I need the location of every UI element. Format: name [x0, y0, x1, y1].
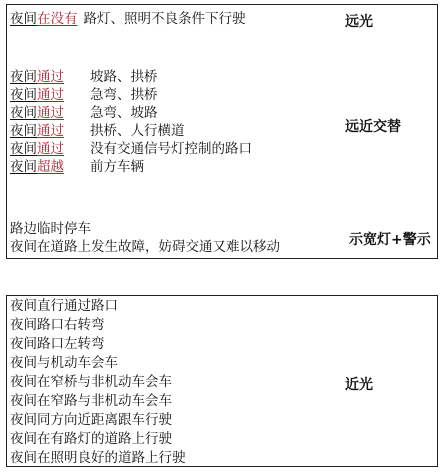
row-prefix: 夜间 [10, 105, 37, 121]
lamp-hazard: 示宽灯+警示 [349, 229, 431, 249]
row-prefix: 夜间 [10, 141, 37, 157]
low-beam-row: 夜间路口右转弯 [10, 316, 105, 334]
hazard-row: 路边临时停车 [10, 220, 91, 238]
hazard-row: 夜间在道路上发生故障，妨碍交通又难以移动 [10, 238, 280, 256]
row-desc: 急弯、拱桥 [90, 86, 158, 104]
row-desc: 急弯、坡路 [90, 104, 158, 122]
low-beam-row: 夜间在照明良好的道路上行驶 [10, 449, 186, 467]
lamp-alternate: 远近交替 [345, 116, 401, 136]
low-beam-row: 夜间与机动车会车 [10, 354, 118, 372]
row-desc: 前方车辆 [90, 158, 144, 176]
row-action: 通过 [37, 69, 64, 85]
alternate-row: 夜间通过急弯、拱桥 [10, 86, 64, 104]
alternate-row: 夜间通过没有交通信号灯控制的路口 [10, 140, 64, 158]
high-beam-row: 夜间在没有路灯、照明不良条件下行驶 [10, 10, 246, 28]
lamp-low-beam: 近光 [345, 374, 373, 394]
low-beam-row: 夜间路口左转弯 [10, 335, 105, 353]
row-prefix: 夜间 [10, 69, 37, 85]
row-prefix: 夜间 [10, 11, 37, 27]
row-action: 通过 [37, 123, 64, 139]
lighting-rules-box-1: 夜间在没有路灯、照明不良条件下行驶 远光 夜间通过坡路、拱桥 夜间通过急弯、拱桥… [6, 4, 438, 259]
row-desc: 路灯、照明不良条件下行驶 [84, 11, 246, 27]
row-action: 在没有 [37, 11, 78, 27]
low-beam-row: 夜间直行通过路口 [10, 297, 118, 315]
row-action: 通过 [37, 141, 64, 157]
row-prefix: 夜间 [10, 159, 37, 175]
row-action: 超越 [37, 159, 64, 175]
low-beam-row: 夜间在有路灯的道路上行驶 [10, 430, 172, 448]
low-beam-row: 夜间同方向近距离跟车行驶 [10, 411, 172, 429]
low-beam-row: 夜间在窄路与非机动车会车 [10, 392, 172, 410]
lighting-rules-box-2: 夜间直行通过路口 夜间路口右转弯 夜间路口左转弯 夜间与机动车会车 夜间在窄桥与… [6, 295, 438, 467]
row-desc: 拱桥、人行横道 [90, 122, 185, 140]
alternate-row: 夜间超越前方车辆 [10, 158, 64, 176]
row-desc: 没有交通信号灯控制的路口 [90, 140, 252, 158]
alternate-row: 夜间通过坡路、拱桥 [10, 68, 64, 86]
low-beam-row: 夜间在窄桥与非机动车会车 [10, 373, 172, 391]
row-desc: 坡路、拱桥 [90, 68, 158, 86]
alternate-row: 夜间通过拱桥、人行横道 [10, 122, 64, 140]
row-prefix: 夜间 [10, 123, 37, 139]
row-action: 通过 [37, 87, 64, 103]
row-prefix: 夜间 [10, 87, 37, 103]
lamp-high-beam: 远光 [345, 11, 373, 31]
row-action: 通过 [37, 105, 64, 121]
alternate-row: 夜间通过急弯、坡路 [10, 104, 64, 122]
